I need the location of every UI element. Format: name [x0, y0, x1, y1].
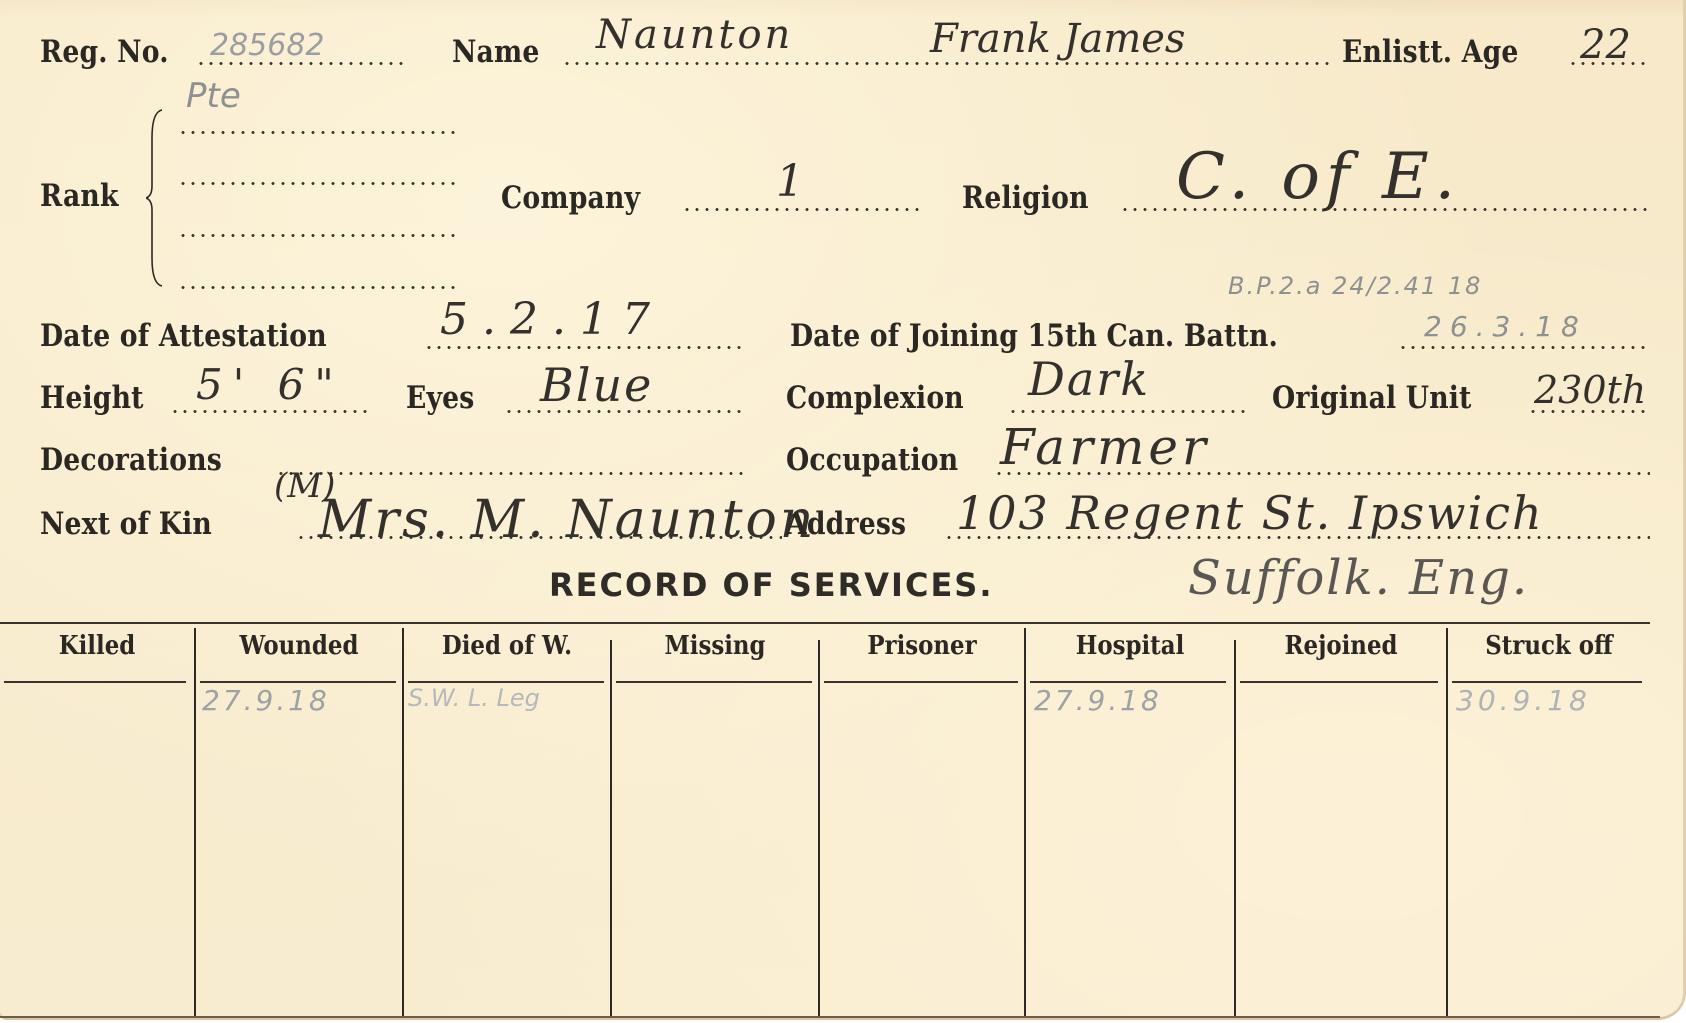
reg-no-label: Reg. No.	[40, 34, 169, 70]
company-value: 1	[776, 156, 804, 207]
header-underline	[1030, 681, 1226, 683]
original-unit-label: Original Unit	[1272, 380, 1472, 416]
rank-dotted-line-2	[178, 182, 460, 185]
religion-label: Religion	[962, 180, 1089, 216]
height-value: 5' 6"	[196, 360, 344, 409]
enlist-age-label: Enlistt. Age	[1342, 34, 1519, 70]
table-cell-died-of-wounds: S.W. L. Leg	[408, 684, 540, 712]
column-divider	[1234, 640, 1236, 1018]
complexion-dotted-line	[1008, 410, 1248, 413]
column-header-rejoined: Rejoined	[1249, 631, 1434, 661]
header-underline	[1240, 681, 1438, 683]
decorations-dotted-line	[276, 472, 744, 475]
rank-dotted-line-3	[178, 234, 460, 237]
column-header-wounded: Wounded	[208, 631, 389, 661]
column-divider	[1446, 628, 1448, 1018]
table-top-rule	[0, 622, 1650, 624]
name-label: Name	[452, 34, 540, 70]
table-bottom-rule	[0, 1016, 1660, 1018]
decorations-label: Decorations	[40, 442, 222, 478]
date-of-attestation-label: Date of Attestation	[40, 318, 327, 354]
header-underline	[1452, 681, 1642, 683]
header-underline	[200, 681, 396, 683]
column-header-died-of-wounds: Died of W.	[416, 631, 597, 661]
column-divider	[610, 640, 612, 1018]
table-cell-hospital: 27.9.18	[1034, 684, 1162, 717]
rank-value: Pte	[186, 76, 241, 116]
column-divider	[194, 628, 196, 1018]
surname-value: Naunton	[596, 12, 793, 58]
company-label: Company	[501, 180, 640, 216]
date-of-joining-dotted-line	[1398, 346, 1650, 349]
header-underline	[408, 681, 604, 683]
given-names-value: Frank James	[930, 16, 1185, 62]
column-divider	[402, 628, 404, 1018]
occupation-value: Farmer	[1000, 418, 1210, 476]
eyes-label: Eyes	[406, 380, 474, 416]
header-underline	[4, 681, 186, 683]
eyes-value: Blue	[540, 358, 653, 412]
header-underline	[616, 681, 812, 683]
column-header-hospital: Hospital	[1038, 631, 1221, 661]
name-dotted-line	[562, 62, 1332, 65]
reg-no-value: 285682	[210, 28, 325, 63]
next-of-kin-value: Mrs. M. Naunton	[318, 490, 816, 550]
height-dotted-line	[170, 410, 370, 413]
address-line-1: 103 Regent St. Ipswich	[956, 486, 1544, 540]
column-header-prisoner: Prisoner	[832, 631, 1012, 661]
height-label: Height	[40, 380, 144, 416]
column-divider	[818, 640, 820, 1018]
rank-note: B.P.2.a 24/2.41 18	[1228, 272, 1482, 300]
original-unit-value: 230th	[1534, 368, 1646, 412]
rank-dotted-line-1	[178, 131, 460, 134]
column-header-missing: Missing	[624, 631, 805, 661]
date-of-attestation-value: 5.2.17	[440, 294, 664, 345]
column-header-killed: Killed	[12, 631, 183, 661]
table-cell-struck-off: 30.9.18	[1456, 684, 1591, 717]
date-of-joining-label: Date of Joining 15th Can. Battn.	[790, 318, 1278, 354]
next-of-kin-label: Next of Kin	[40, 506, 212, 542]
header-underline	[824, 681, 1018, 683]
rank-brace	[146, 108, 166, 288]
date-of-attestation-dotted-line	[424, 346, 744, 349]
address-line-2: Suffolk. Eng.	[1188, 550, 1529, 606]
religion-value: C. of E.	[1176, 140, 1461, 214]
service-record-card: Reg. No. 285682 Name Naunton Frank James…	[0, 0, 1686, 1020]
company-dotted-line	[682, 208, 920, 211]
complexion-label: Complexion	[786, 380, 964, 416]
column-divider	[1024, 628, 1026, 1018]
column-header-struck-off: Struck off	[1460, 631, 1638, 661]
complexion-value: Dark	[1028, 352, 1150, 406]
record-of-services-title: RECORD OF SERVICES.	[549, 566, 994, 604]
occupation-label: Occupation	[786, 442, 958, 478]
rank-label: Rank	[40, 178, 119, 214]
address-label: Address	[786, 506, 906, 542]
enlist-age-value: 22	[1580, 22, 1631, 68]
date-of-joining-value: 26.3.18	[1424, 310, 1587, 343]
table-cell-wounded: 27.9.18	[202, 684, 330, 717]
rank-dotted-line-4	[178, 286, 460, 289]
